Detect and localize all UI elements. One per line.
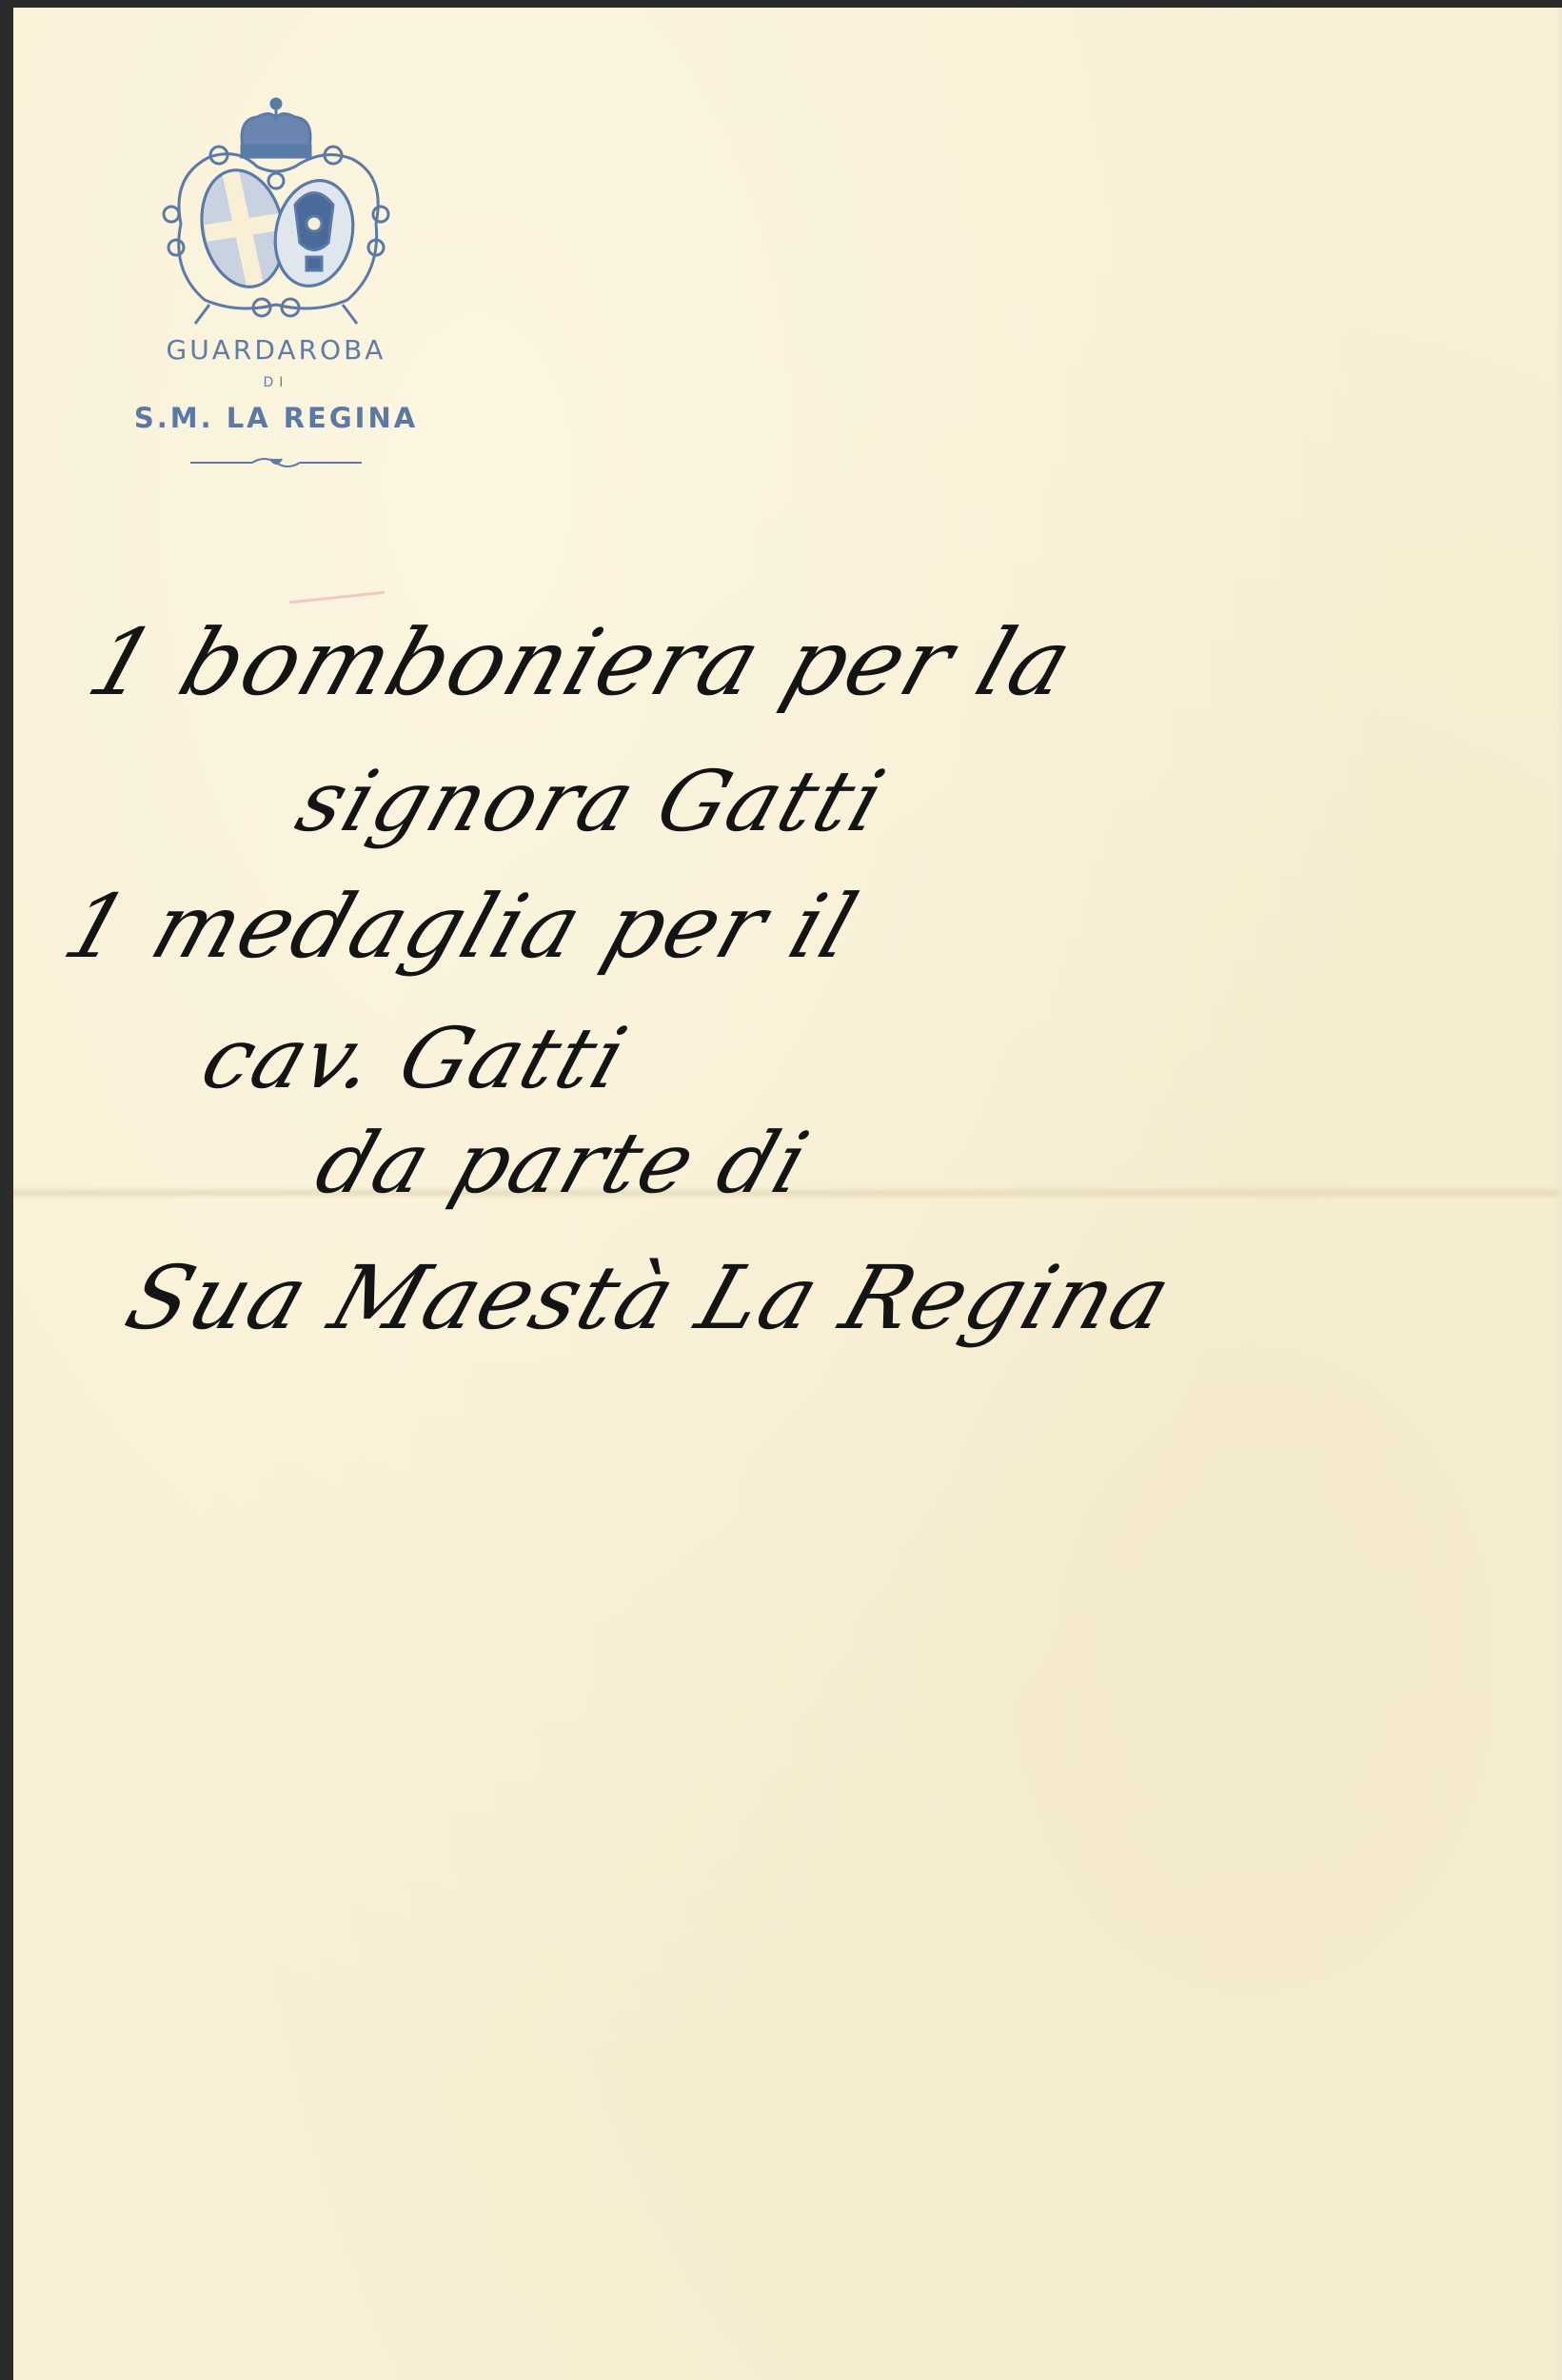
pink-stain-mark bbox=[289, 591, 385, 604]
letterhead-di: DI bbox=[95, 375, 457, 390]
fleuron-divider-icon bbox=[190, 453, 362, 472]
letterhead-subtitle: S.M. LA REGINA bbox=[95, 402, 457, 434]
paper-right-edge bbox=[1556, 8, 1562, 2380]
letterhead: GUARDAROBA DI S.M. LA REGINA bbox=[95, 90, 457, 472]
letterhead-title: GUARDAROBA bbox=[95, 334, 457, 366]
royal-crest-icon bbox=[143, 90, 409, 328]
paper-fold-crease bbox=[13, 1186, 1562, 1200]
